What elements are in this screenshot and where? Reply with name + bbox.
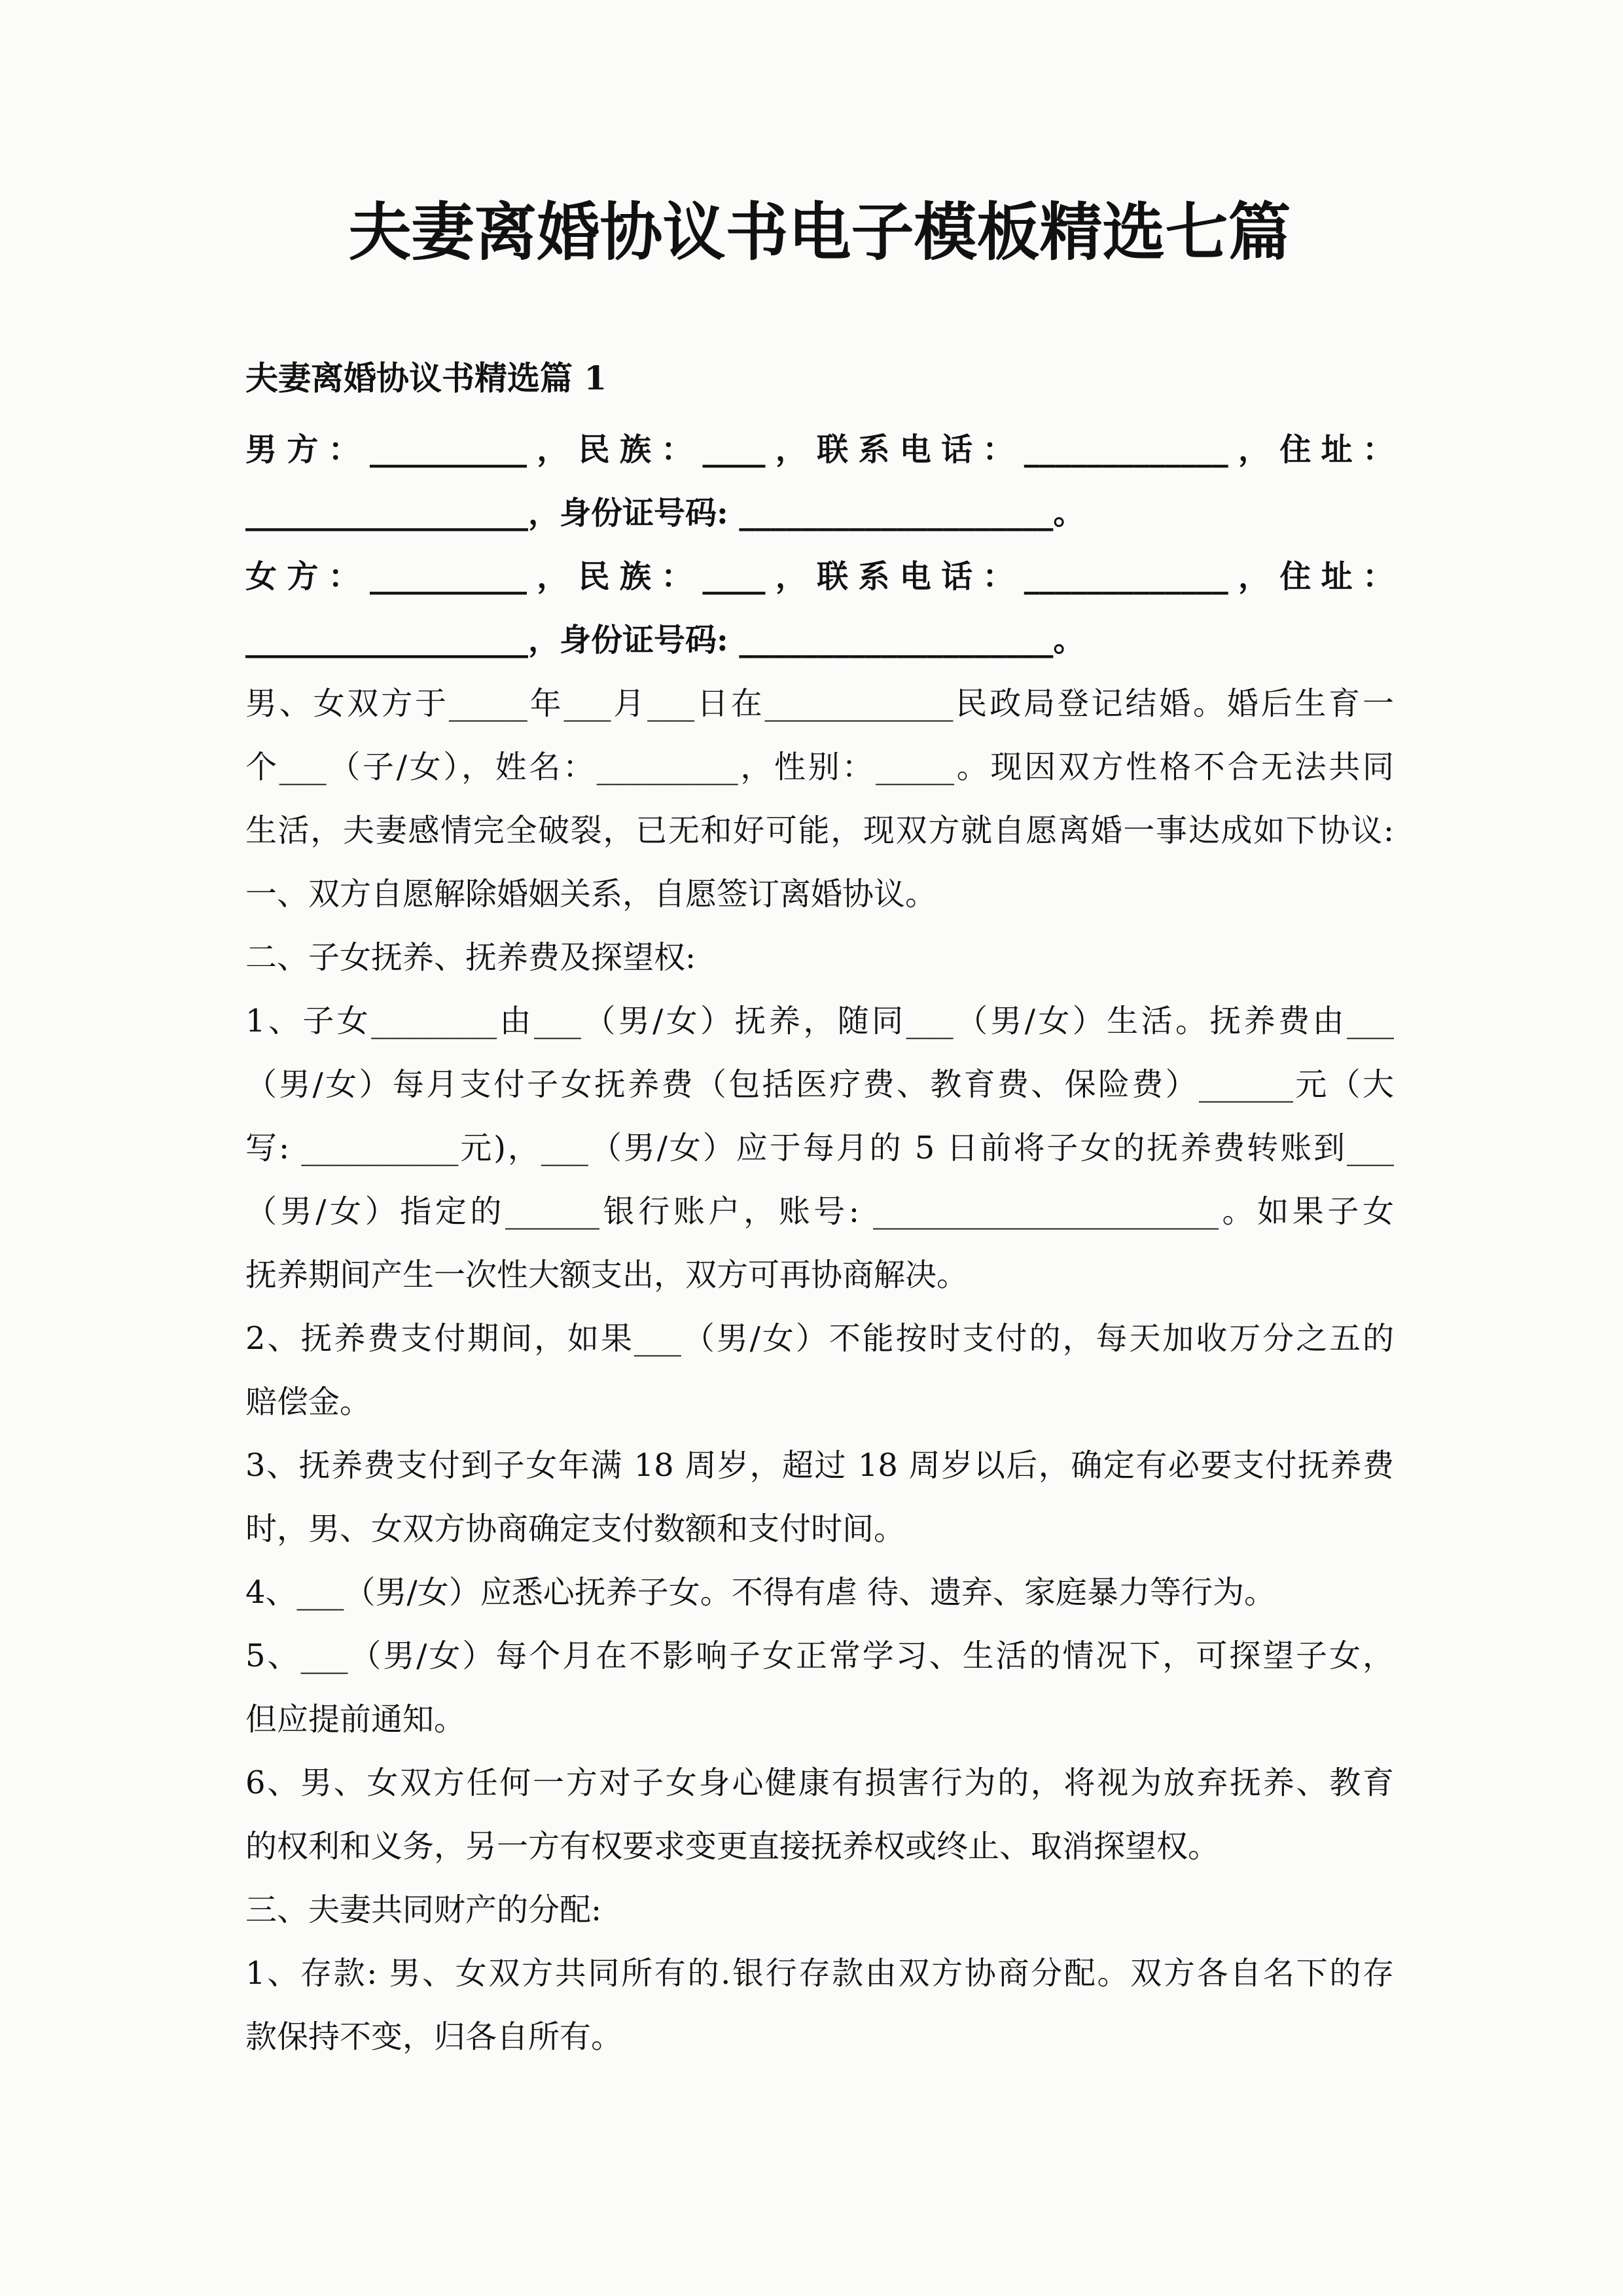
document-body: 男方：__________，民族：____，联系电话：_____________… bbox=[245, 418, 1394, 2069]
line-late-fee-1: 2、抚养费支付期间，如果___（男/女）不能按时支付的，每天加收万分之五的 bbox=[245, 1307, 1394, 1371]
line-custody-1: 1、子女________由___（男/女）抚养，随同___（男/女）生活。抚养费… bbox=[245, 990, 1394, 1053]
section-heading: 夫妻离婚协议书精选篇 1 bbox=[245, 355, 1394, 401]
line-age-limit-1: 3、抚养费支付到子女年满 18 周岁，超过 18 周岁以后，确定有必要支付抚养费 bbox=[245, 1434, 1394, 1498]
line-harm-consequence-1: 6、男、女双方任何一方对子女身心健康有损害行为的，将视为放弃抚养、教育 bbox=[245, 1751, 1394, 1815]
line-visitation-1: 5、___（男/女）每个月在不影响子女正常学习、生活的情况下，可探望子女， bbox=[245, 1624, 1394, 1688]
line-clause-1: 一、双方自愿解除婚姻关系，自愿签订离婚协议。 bbox=[245, 863, 1394, 926]
line-custody-4: （男/女）指定的______银行账户，账号: _________________… bbox=[245, 1180, 1394, 1244]
document-page: 夫妻离婚协议书电子模板精选七篇 夫妻离婚协议书精选篇 1 男方：________… bbox=[0, 0, 1623, 2296]
line-wife-info: 女方：__________，民族：____，联系电话：_____________… bbox=[245, 545, 1394, 609]
line-marriage-intro-1: 男、女双方于_____年___月___日在____________民政局登记结婚… bbox=[245, 672, 1394, 736]
line-husband-id: __________________，身份证号码: ______________… bbox=[245, 482, 1394, 545]
line-marriage-intro-3: 生活，夫妻感情完全破裂，已无和好可能，现双方就自愿离婚一事达成如下协议: bbox=[245, 799, 1394, 863]
line-age-limit-2: 时，男、女双方协商确定支付数额和支付时间。 bbox=[245, 1498, 1394, 1561]
line-harm-consequence-2: 的权利和义务，另一方有权要求变更直接抚养权或终止、取消探望权。 bbox=[245, 1815, 1394, 1878]
line-clause-3-heading: 三、夫妻共同财产的分配: bbox=[245, 1878, 1394, 1942]
line-marriage-intro-2: 个___（子/女），姓名：_________，性别：_____。现因双方性格不合… bbox=[245, 736, 1394, 799]
line-husband-info: 男方：__________，民族：____，联系电话：_____________… bbox=[245, 418, 1394, 482]
line-care-obligation: 4、___（男/女）应悉心抚养子女。不得有虐 待、遗弃、家庭暴力等行为。 bbox=[245, 1561, 1394, 1624]
line-visitation-2: 但应提前通知。 bbox=[245, 1688, 1394, 1751]
line-deposit-1: 1、存款: 男、女双方共同所有的.银行存款由双方协商分配。双方各自名下的存 bbox=[245, 1942, 1394, 2005]
line-clause-2-heading: 二、子女抚养、抚养费及探望权: bbox=[245, 926, 1394, 990]
line-late-fee-2: 赔偿金。 bbox=[245, 1371, 1394, 1434]
document-title: 夫妻离婚协议书电子模板精选七篇 bbox=[245, 193, 1394, 272]
line-custody-2: （男/女）每月支付子女抚养费（包括医疗费、教育费、保险费）______元（大 bbox=[245, 1053, 1394, 1117]
line-custody-3: 写: __________元)，___（男/女）应于每月的 5 日前将子女的抚养… bbox=[245, 1117, 1394, 1180]
line-wife-id: __________________，身份证号码: ______________… bbox=[245, 609, 1394, 672]
line-deposit-2: 款保持不变，归各自所有。 bbox=[245, 2005, 1394, 2069]
line-custody-5: 抚养期间产生一次性大额支出，双方可再协商解决。 bbox=[245, 1244, 1394, 1307]
